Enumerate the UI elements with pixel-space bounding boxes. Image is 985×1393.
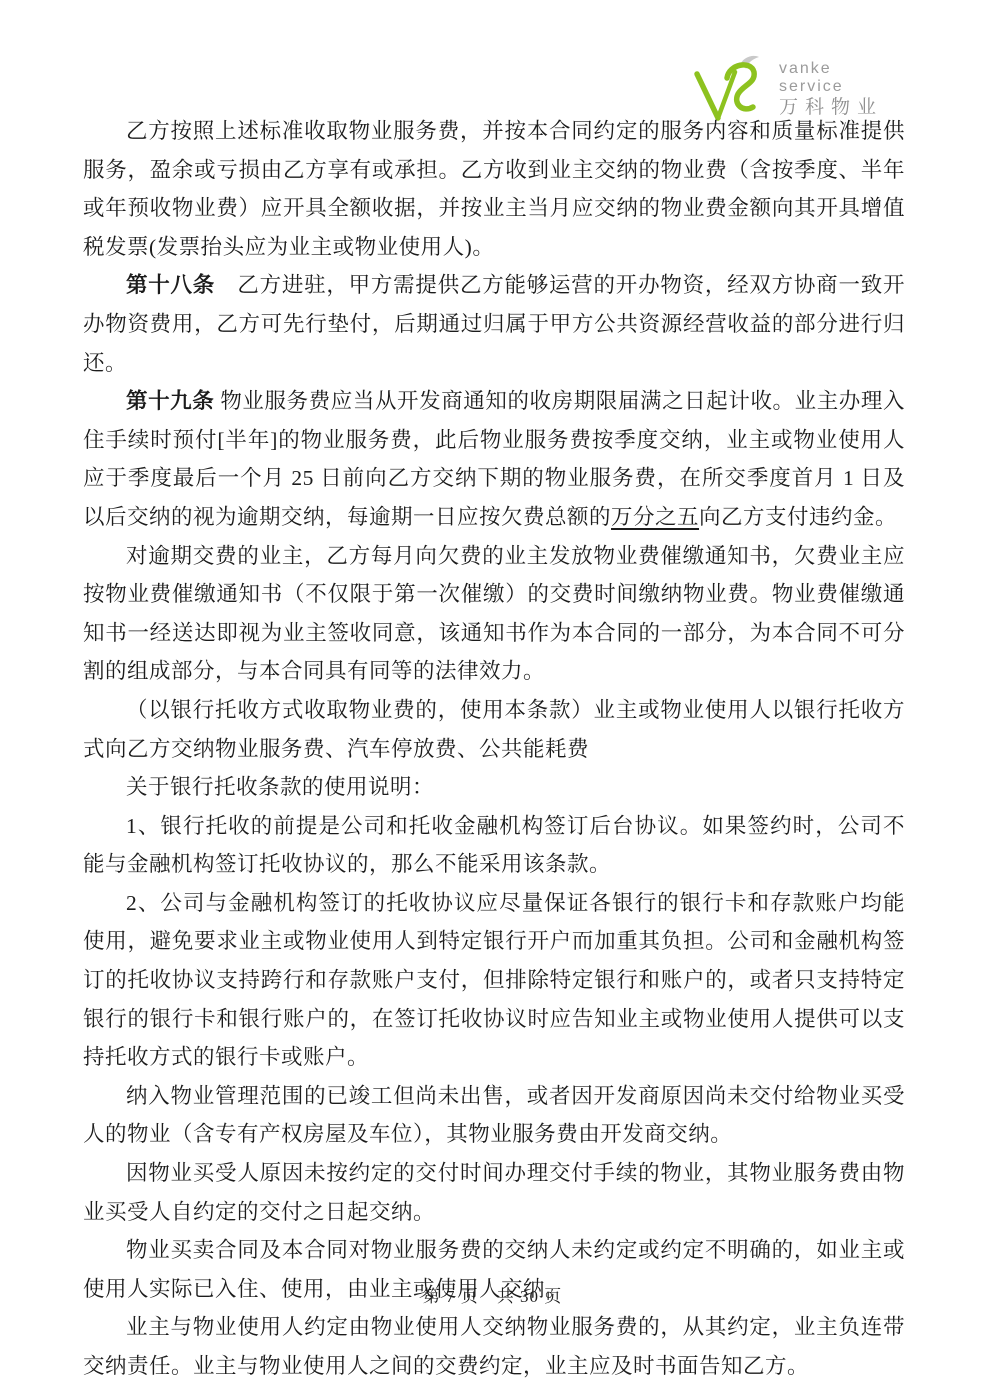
paragraph: 因物业买受人原因未按约定的交付时间办理交付手续的物业，其物业服务费由物业买受人自… [83,1154,905,1231]
paragraph-text: 乙方按照上述标准收取物业服务费，并按本合同约定的服务内容和质量标准提供服务，盈余… [83,119,905,259]
clause-number: 第十八条 [126,273,215,297]
page-footer: 第 7 页 共 30 页 [0,1282,985,1307]
contract-page: vanke service 万科物业 乙方按照上述标准收取物业服务费，并按本合同… [0,0,985,1393]
paragraph: 业主与物业使用人约定由物业使用人交纳物业服务费的，从其约定，业主负连带交纳责任。… [83,1308,905,1385]
paragraph-text: 1、银行托收的前提是公司和托收金融机构签订后台协议。如果签约时，公司不能与金融机… [83,814,905,877]
paragraph-text: 对逾期交费的业主，乙方每月向欠费的业主发放物业费催缴通知书，欠费业主应按物业费催… [83,544,905,684]
paragraph: 乙方按照上述标准收取物业服务费，并按本合同约定的服务内容和质量标准提供服务，盈余… [83,112,905,266]
paragraph: 2、公司与金融机构签订的托收协议应尽量保证各银行的银行卡和存款账户均能使用，避免… [83,884,905,1077]
clause-number: 第十九条 [126,389,214,413]
paragraph-text: 因物业买受人原因未按约定的交付时间办理交付手续的物业，其物业服务费由物业买受人自… [83,1161,905,1224]
paragraph: 第十八条 乙方进驻，甲方需提供乙方能够运营的开办物资，经双方协商一致开办物资费用… [83,266,905,382]
paragraph: 对逾期交费的业主，乙方每月向欠费的业主发放物业费催缴通知书，欠费业主应按物业费催… [83,537,905,691]
paragraph: （以银行托收方式收取物业费的，使用本条款）业主或物业使用人以银行托收方式向乙方交… [83,691,905,768]
logo-latin-name: vanke service [779,60,893,96]
paragraph-text: 向乙方支付违约金。 [699,505,897,529]
document-body: 乙方按照上述标准收取物业服务费，并按本合同约定的服务内容和质量标准提供服务，盈余… [83,112,905,1386]
paragraph-text: （以银行托收方式收取物业费的，使用本条款）业主或物业使用人以银行托收方式向乙方交… [83,698,905,761]
paragraph: 关于银行托收条款的使用说明： [83,768,905,807]
paragraph-text: 关于银行托收条款的使用说明： [126,775,434,799]
paragraph-text: 业主与物业使用人约定由物业使用人交纳物业服务费的，从其约定，业主负连带交纳责任。… [83,1315,905,1378]
paragraph: 纳入物业管理范围的已竣工但尚未出售，或者因开发商原因尚未交付给物业买受人的物业（… [83,1077,905,1154]
paragraph-text: 纳入物业管理范围的已竣工但尚未出售，或者因开发商原因尚未交付给物业买受人的物业（… [83,1084,905,1147]
paragraph: 第十九条 物业服务费应当从开发商通知的收房期限届满之日起计收。业主办理入住手续时… [83,382,905,536]
paragraph: 1、银行托收的前提是公司和托收金融机构签订后台协议。如果签约时，公司不能与金融机… [83,807,905,884]
underlined-term: 万分之五 [611,505,699,529]
paragraph-text: 2、公司与金融机构签订的托收协议应尽量保证各银行的银行卡和存款账户均能使用，避免… [83,891,905,1069]
